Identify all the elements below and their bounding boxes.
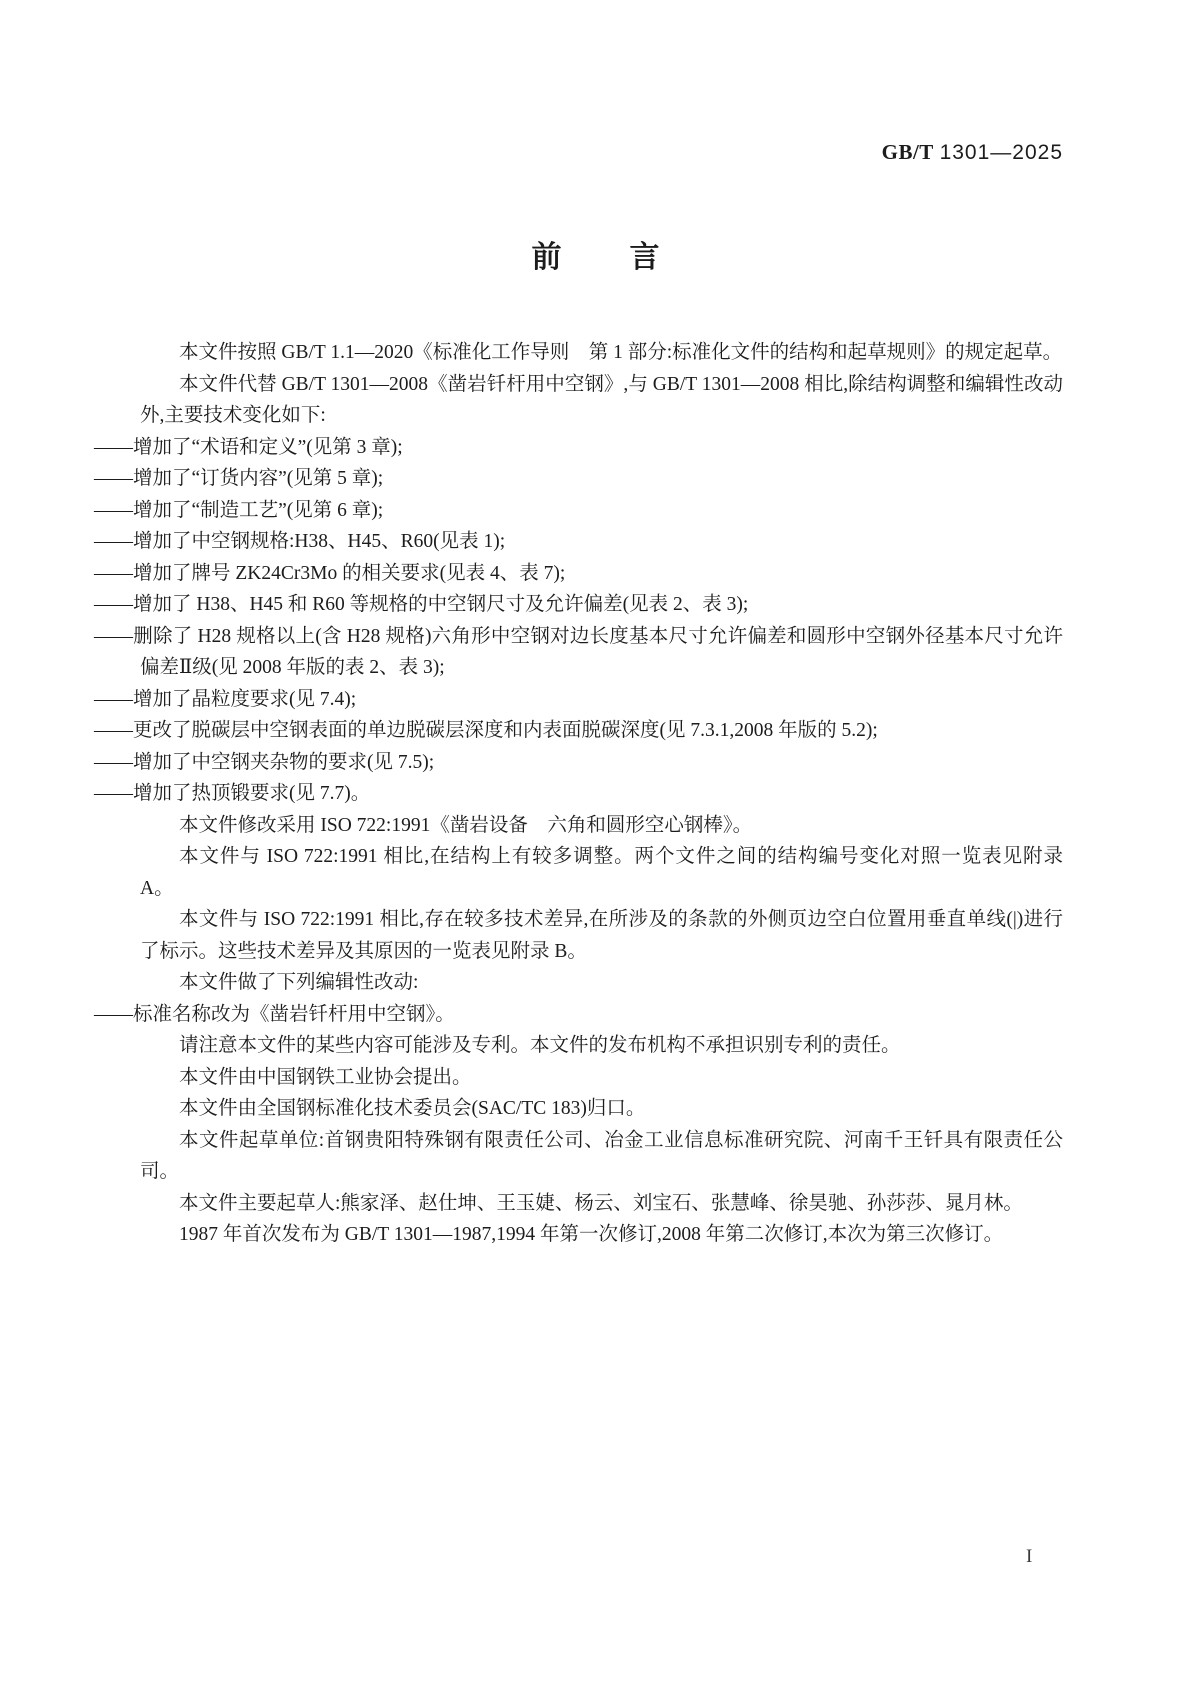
change-list-item: ——增加了“术语和定义”(见第 3 章); xyxy=(140,432,1063,464)
paragraph: 本文件由中国钢铁工业协会提出。 xyxy=(140,1062,1063,1094)
document-page: GB/T 1301—2025 前 言 本文件按照 GB/T 1.1—2020《标… xyxy=(0,0,1191,1685)
change-list-item: ——删除了 H28 规格以上(含 H28 规格)六角形中空钢对边长度基本尺寸允许… xyxy=(140,621,1063,684)
paragraph: 本文件修改采用 ISO 722:1991《凿岩设备 六角和圆形空心钢棒》。 xyxy=(140,810,1063,842)
standard-code-prefix: GB/T xyxy=(882,140,934,164)
foreword-body: 本文件按照 GB/T 1.1—2020《标准化工作导则 第 1 部分:标准化文件… xyxy=(140,337,1063,1251)
paragraph: 1987 年首次发布为 GB/T 1301—1987,1994 年第一次修订,2… xyxy=(140,1219,1063,1251)
paragraph: 本文件由全国钢标准化技术委员会(SAC/TC 183)归口。 xyxy=(140,1093,1063,1125)
change-list-item: ——更改了脱碳层中空钢表面的单边脱碳层深度和内表面脱碳深度(见 7.3.1,20… xyxy=(140,715,1063,747)
paragraph: 本文件按照 GB/T 1.1—2020《标准化工作导则 第 1 部分:标准化文件… xyxy=(140,337,1063,369)
paragraph: 请注意本文件的某些内容可能涉及专利。本文件的发布机构不承担识别专利的责任。 xyxy=(140,1030,1063,1062)
page-title-char-2: 言 xyxy=(630,240,660,276)
paragraph: 本文件代替 GB/T 1301—2008《凿岩钎杆用中空钢》,与 GB/T 13… xyxy=(140,369,1063,432)
change-list-item: ——增加了中空钢规格:H38、H45、R60(见表 1); xyxy=(140,526,1063,558)
page-title: 前 言 xyxy=(0,240,1191,276)
paragraph: 本文件主要起草人:熊家泽、赵仕坤、王玉婕、杨云、刘宝石、张慧峰、徐昊驰、孙莎莎、… xyxy=(140,1188,1063,1220)
change-list-item: ——增加了“订货内容”(见第 5 章); xyxy=(140,463,1063,495)
paragraph: 本文件与 ISO 722:1991 相比,在结构上有较多调整。两个文件之间的结构… xyxy=(140,841,1063,904)
change-list-item: ——增加了热顶锻要求(见 7.7)。 xyxy=(140,778,1063,810)
paragraph: 本文件与 ISO 722:1991 相比,存在较多技术差异,在所涉及的条款的外侧… xyxy=(140,904,1063,967)
change-list-item: ——增加了晶粒度要求(见 7.4); xyxy=(140,684,1063,716)
change-list-item: ——标准名称改为《凿岩钎杆用中空钢》。 xyxy=(140,999,1063,1031)
paragraph: 本文件做了下列编辑性改动: xyxy=(140,967,1063,999)
standard-code-number: 1301—2025 xyxy=(940,141,1063,164)
paragraph: 本文件起草单位:首钢贵阳特殊钢有限责任公司、冶金工业信息标准研究院、河南千王钎具… xyxy=(140,1125,1063,1188)
standard-code: GB/T 1301—2025 xyxy=(882,140,1063,165)
page-title-char-1: 前 xyxy=(532,240,562,276)
change-list-item: ——增加了中空钢夹杂物的要求(见 7.5); xyxy=(140,747,1063,779)
change-list-item: ——增加了牌号 ZK24Cr3Mo 的相关要求(见表 4、表 7); xyxy=(140,558,1063,590)
change-list-item: ——增加了“制造工艺”(见第 6 章); xyxy=(140,495,1063,527)
change-list-item: ——增加了 H38、H45 和 R60 等规格的中空钢尺寸及允许偏差(见表 2、… xyxy=(140,589,1063,621)
page-number: I xyxy=(1026,1546,1032,1568)
